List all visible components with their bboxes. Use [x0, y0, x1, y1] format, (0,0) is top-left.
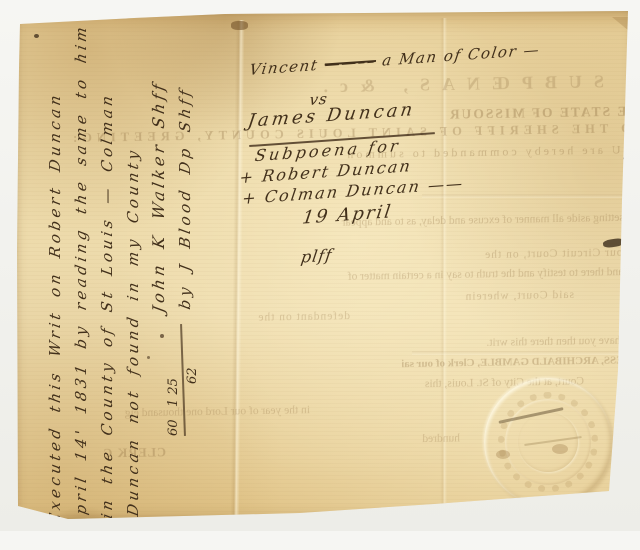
caption-date: 19 April [301, 201, 394, 228]
ink-speck [160, 334, 164, 338]
ink-speck [34, 34, 39, 38]
deputy-signature: by J Blood Dp Shff [172, 51, 198, 531]
service-return: Executed this Writ on Robert Duncan Apri… [42, 28, 198, 531]
fee-amount-1: 60 [166, 419, 181, 436]
return-line-4: Duncan not found in my County [120, 42, 146, 531]
scanned-document: SUBPŒNAS, &c. THE STATE OF MISSOURI, TO … [0, 0, 640, 531]
edge-ink-mark [603, 238, 625, 249]
ghost-print-court-line: of our Circuit Court, on the [452, 246, 638, 261]
fee-amount-3: 62 [185, 367, 200, 384]
struck-out-word: ——–– [323, 52, 377, 74]
embossed-seal [484, 378, 612, 506]
horizontal-crease-lower [412, 351, 640, 355]
return-line-3: in the County of St Louis — Colman [94, 37, 120, 531]
fold-stain [231, 21, 248, 30]
caption-plaintiff-line: Vincent ——–– a Man of Color — [248, 40, 541, 78]
ghost-print-witness-line: WITNESS, ARCHIBALD GAMBLE, Clerk of our … [402, 354, 640, 370]
plaintiff-name: Vincent [248, 56, 319, 79]
seal-smudge-right [552, 444, 568, 454]
plaintiff-descriptor: a Man of Color — [381, 40, 541, 69]
caption-defendant: James Duncan [246, 99, 416, 132]
ink-speck [147, 356, 150, 359]
document-paper: SUBPŒNAS, &c. THE STATE OF MISSOURI, TO … [14, 8, 634, 520]
return-line-2: April 14' 1831 by reading the same to hi… [68, 33, 94, 531]
ghost-print-hundred-line: hundred [396, 432, 460, 445]
corner-wear-top-right [612, 17, 640, 45]
sheriff-signature: John K Walker Shff [146, 46, 172, 531]
caption-party-note: plff [300, 245, 334, 266]
seal-smudge-left [496, 450, 510, 459]
edge-ink-mark [622, 153, 640, 166]
ghost-print-writ-line: and have you then there this writ. [442, 334, 640, 349]
return-line-1: Executed this Writ on Robert Duncan [42, 28, 68, 527]
fee-amount-2: 1 25 [166, 378, 181, 407]
ghost-print-defendant-line: defendant on the [242, 310, 350, 324]
ghost-print-state-line: THE STATE OF MISSOURI, [450, 103, 640, 122]
fee-tally: 60 1 25 62 [166, 316, 200, 436]
ghost-print-wherein-line: said Court, wherein [446, 289, 574, 303]
case-caption: Vincent ——–– a Man of Color — vs James D… [242, 48, 475, 286]
